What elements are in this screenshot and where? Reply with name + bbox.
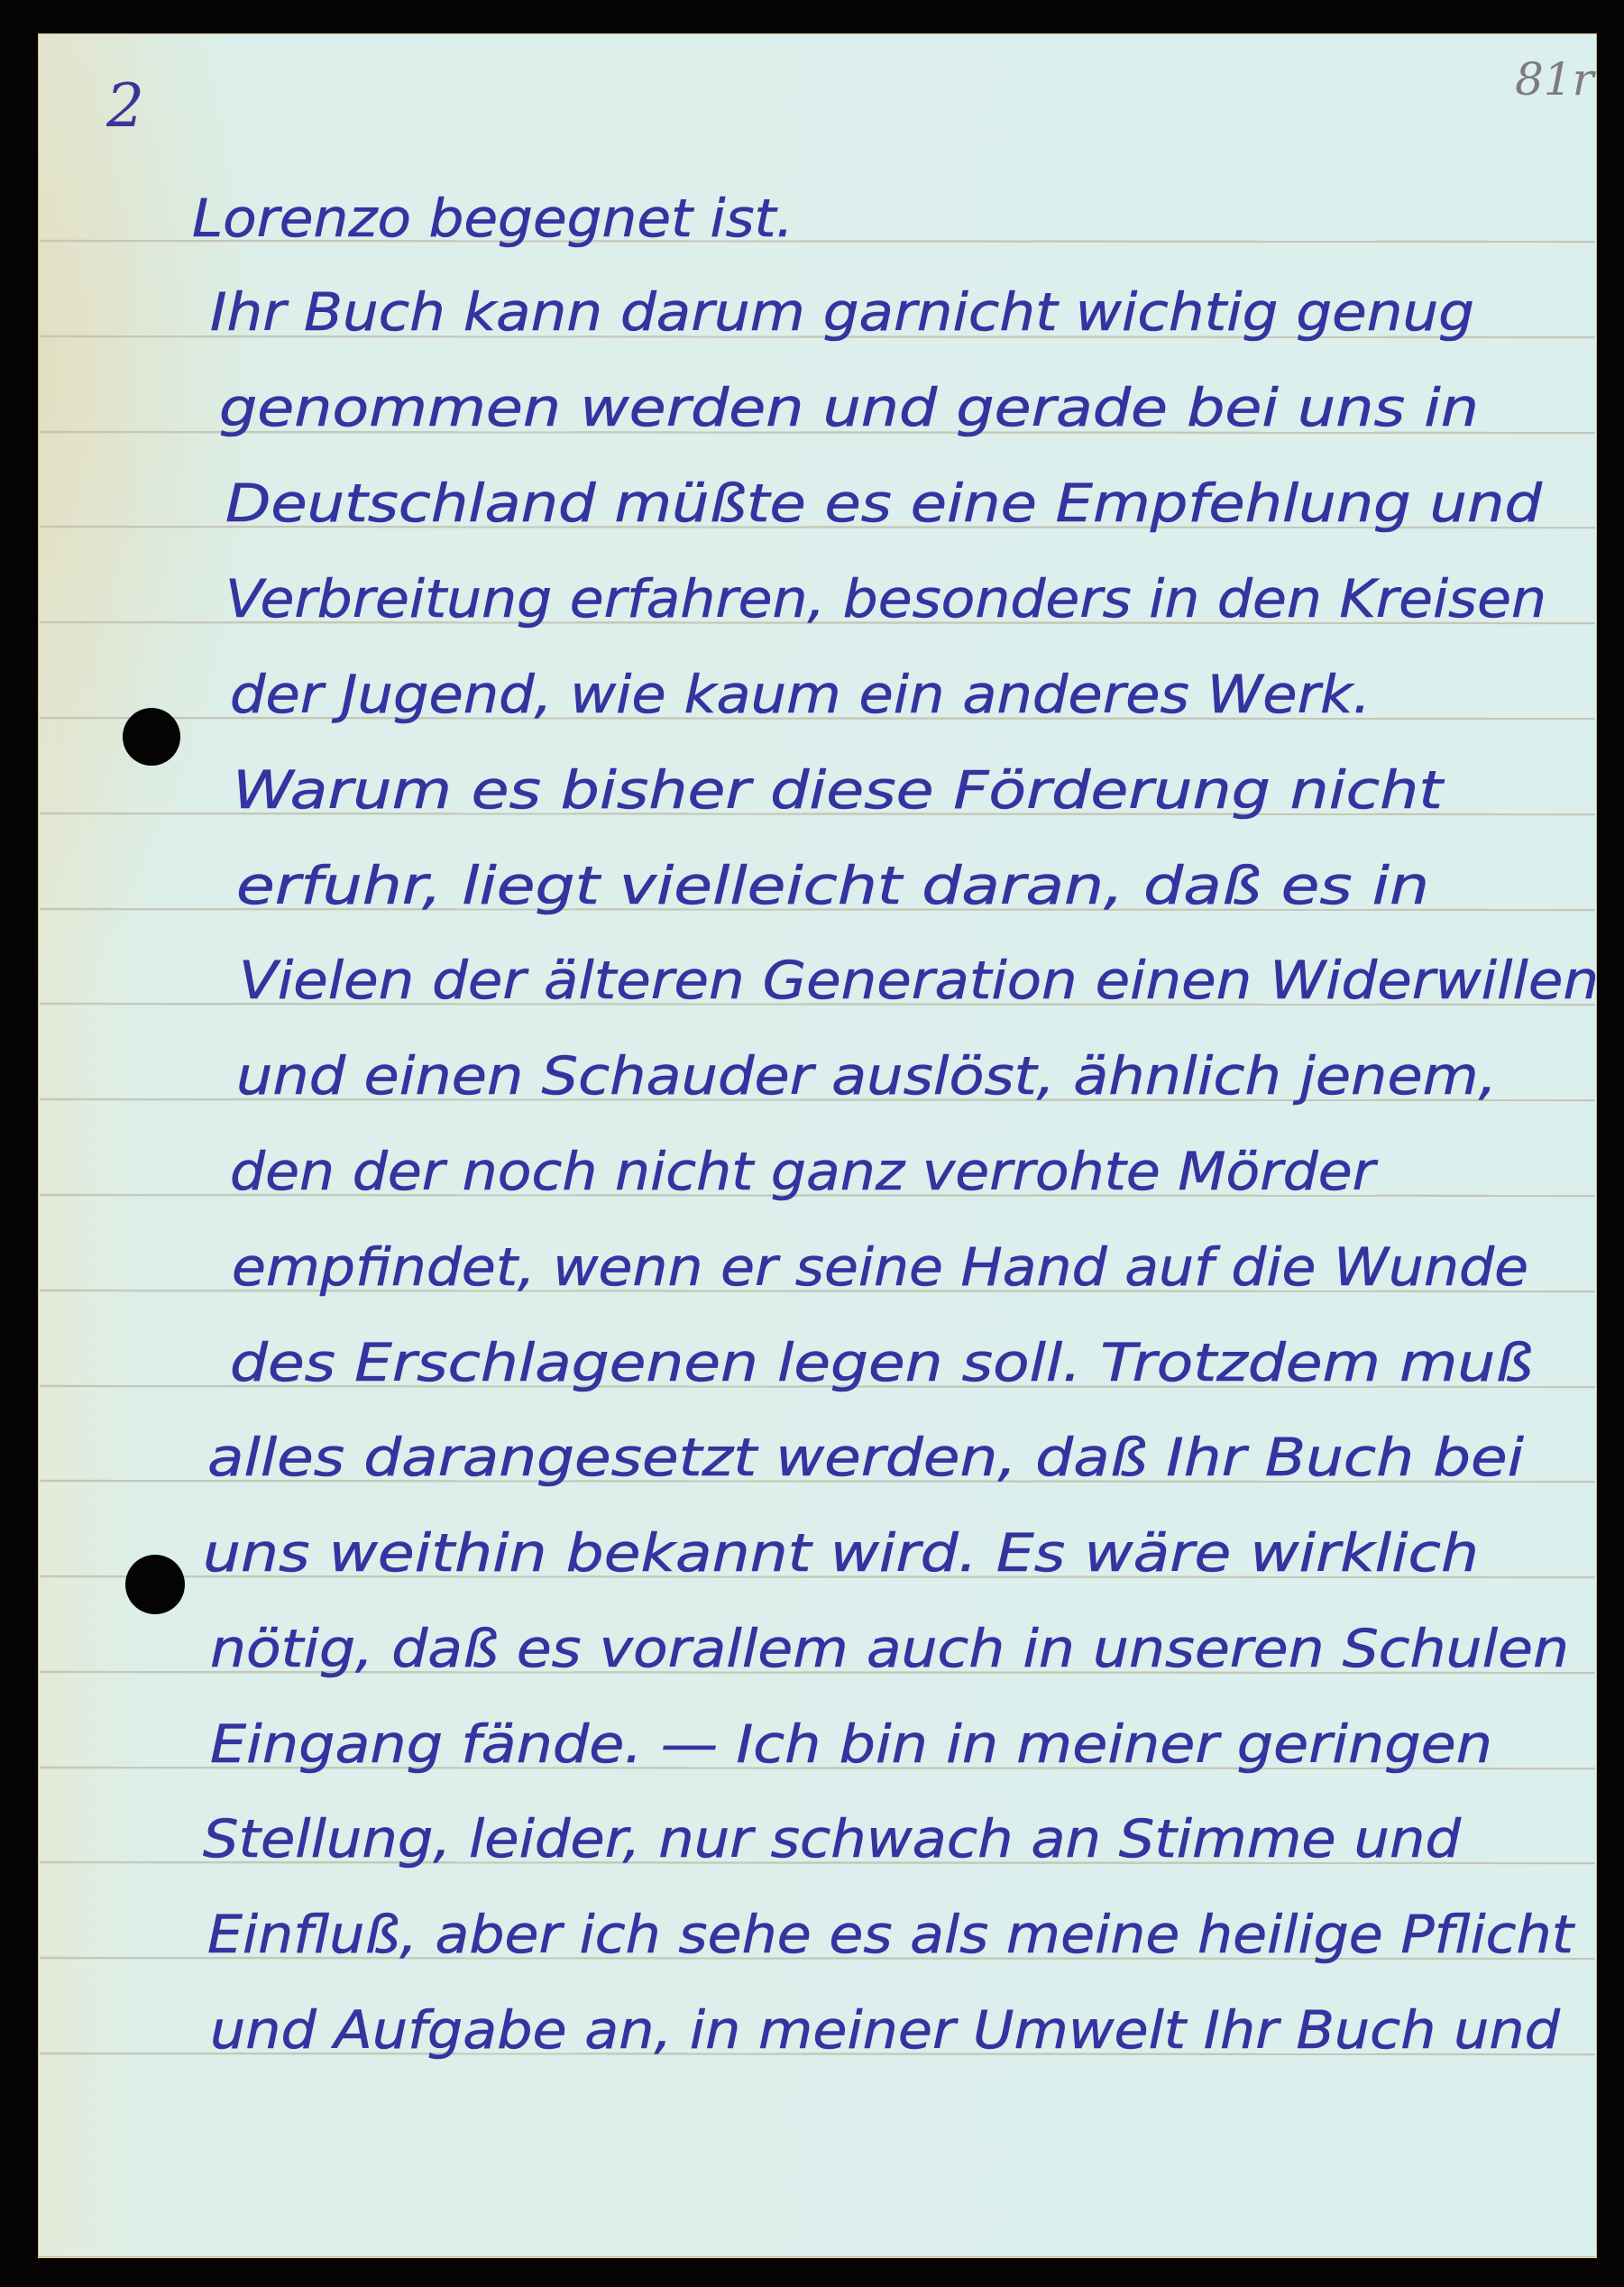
text-line: erfuhr, liegt vielleicht daran, daß es i… <box>236 855 1429 916</box>
text-line: Ihr Buch kann darum garnicht wichtig gen… <box>210 281 1474 343</box>
text-line: Warum es bisher diese Förderung nicht <box>233 759 1445 821</box>
text-line: der Jugend, wie kaum ein anderes Werk. <box>230 664 1371 725</box>
text-line: alles darangesetzt werden, daß Ihr Buch … <box>207 1427 1524 1488</box>
text-line: Einfluß, aber ich sehe es als meine heil… <box>207 1904 1575 1965</box>
text-line: Lorenzo begegnet ist. <box>192 188 794 249</box>
text-line: den der noch nicht ganz verrohte Mörder <box>230 1141 1378 1202</box>
text-line: Deutschland müßte es eine Empfehlung und <box>225 473 1543 534</box>
text-line: des Erschlagenen legen soll. Trotzdem mu… <box>230 1332 1533 1393</box>
text-line: Verbreitung erfahren, besonders in den K… <box>225 568 1546 629</box>
text-line: Vielen der älteren Generation einen Wide… <box>239 950 1599 1011</box>
folio-mark: 81r <box>1515 53 1597 106</box>
page-number: 2 <box>106 71 144 141</box>
text-line: Eingang fände. — Ich bin in meiner gerin… <box>210 1713 1492 1775</box>
text-line: genommen werden und gerade bei uns in <box>219 377 1479 438</box>
letter-content: 2 81r Lorenzo begegnet ist. Ihr Buch kan… <box>0 0 1624 2287</box>
text-line: und Aufgabe an, in meiner Umwelt Ihr Buc… <box>210 1999 1561 2061</box>
text-line: uns weithin bekannt wird. Es wäre wirkli… <box>203 1522 1479 1584</box>
handwritten-text: Lorenzo begegnet ist. Ihr Buch kann daru… <box>192 188 1599 2061</box>
text-line: und einen Schauder auslöst, ähnlich jene… <box>236 1045 1497 1107</box>
text-line: empfindet, wenn er seine Hand auf die Wu… <box>232 1236 1528 1298</box>
text-line: Stellung, leider, nur schwach an Stimme … <box>203 1808 1462 1869</box>
text-line: nötig, daß es vorallem auch in unseren S… <box>210 1618 1569 1679</box>
punch-hole-bottom <box>125 1555 185 1614</box>
punch-hole-top <box>123 708 180 766</box>
